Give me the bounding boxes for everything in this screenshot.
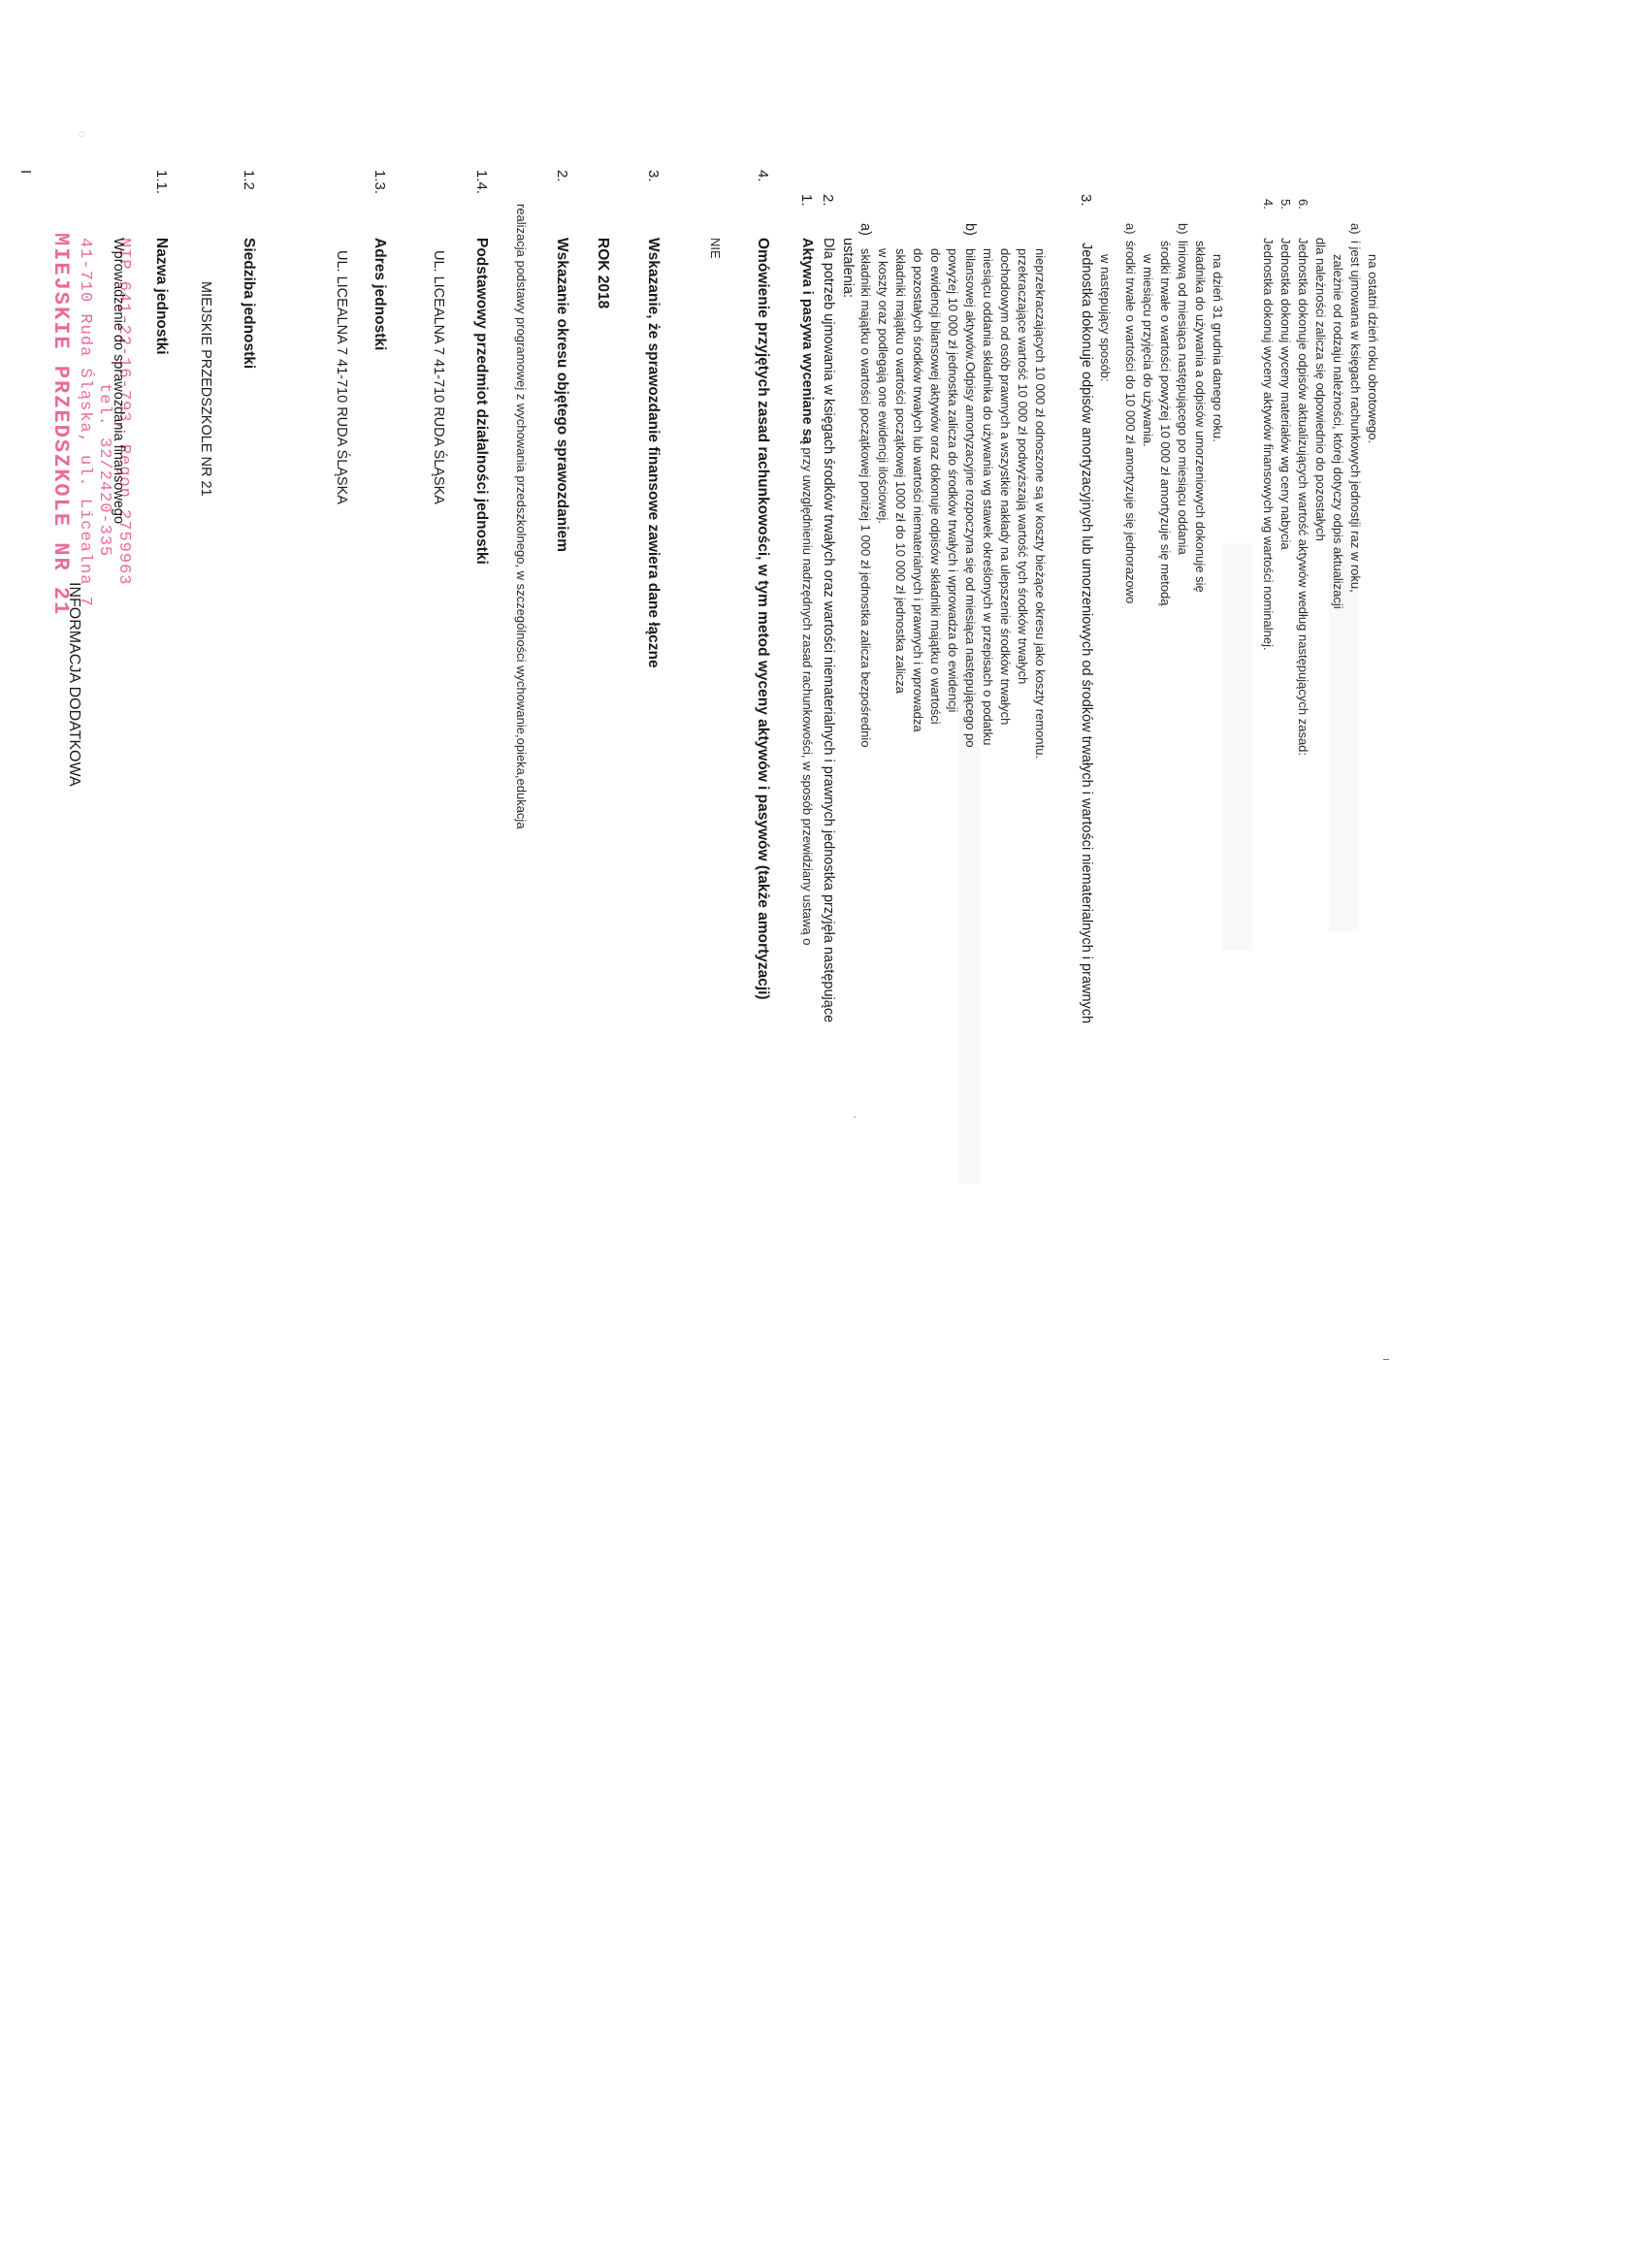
item-2-b-line: nieprzekraczających 10 000 zł odnoszone … xyxy=(1033,248,1048,759)
item-2-line-2: ustalenia: xyxy=(840,238,856,298)
combined-data-value: NIE xyxy=(708,238,723,259)
item-2-a-line: składniki majątku o wartości początkowej… xyxy=(893,248,908,694)
document-page: ◌ I MIEJSKIE PRZEDSZKOLE NR 21 41-710 Ru… xyxy=(0,0,1649,2268)
item-3-b-line: składnika do używania a odpisów umorzeni… xyxy=(1193,241,1208,593)
item-3-a-label: a) xyxy=(1123,223,1138,235)
item-2-a-line: składniki majątku o wartości początkowej… xyxy=(858,248,873,748)
section-number: 2. xyxy=(554,170,570,182)
item-3-a-line: środki trwałe o wartości powyżej 10 000 … xyxy=(1158,241,1173,605)
item-3-b-line: na dzień 31 grudnia danego roku. xyxy=(1211,254,1225,442)
item-number: 6. xyxy=(1296,199,1310,210)
section-number: 1.4. xyxy=(473,170,490,194)
item-2-b-label: b) xyxy=(962,223,978,236)
item-3-b-label: b) xyxy=(1176,223,1190,235)
item-5-text: Jednostka dokonuj wyceny materiałów wg c… xyxy=(1278,238,1293,550)
section-number: 1.1. xyxy=(153,170,170,194)
item-number: 1. xyxy=(798,194,815,207)
item-6-line: dla należności zalicza się odpowiednio d… xyxy=(1313,238,1328,541)
section-4-heading: Omówienie przyjętych zasad rachunkowości… xyxy=(754,238,771,1000)
address-value: UL. LICEALNA 7 41-710 RUDA ŚLĄSKA xyxy=(431,250,446,504)
section-2-heading: Wskazanie okresu objętego sprawozdaniem xyxy=(553,238,570,552)
item-3-a-line: w miesiącu przyjęcia do używania. xyxy=(1141,254,1155,447)
roman-section-number: I xyxy=(17,170,34,174)
section-number: 1.3. xyxy=(372,170,388,194)
item-2-a-line: do pozostałych środków trwałych lub wart… xyxy=(911,248,925,732)
item-6-line-1: Jednostka dokonuje odpisów aktualizujący… xyxy=(1296,238,1310,756)
item-number: 4. xyxy=(1261,199,1276,210)
section-1-3-heading: Adres jednostki xyxy=(371,238,388,350)
section-1-4-heading: Podstawowy przedmiot działalności jednos… xyxy=(472,238,490,565)
item-2-b-line: dochodowym od osób prawnych a wszystkie … xyxy=(998,248,1013,725)
item-3-a-line: środki trwałe o wartości do 10 000 zł am… xyxy=(1123,241,1138,603)
item-2-line-1: Dla potrzeb ujmowania w księgach środków… xyxy=(821,238,836,1022)
stamp-line-1: MIEJSKIE PRZEDSZKOLE NR 21 xyxy=(48,233,73,616)
scan-speck: , xyxy=(852,1116,863,1118)
item-6-line: zależnie od rodzaju należności, której d… xyxy=(1331,254,1345,609)
item-6-a-label: a) xyxy=(1348,223,1363,235)
item-2-b-line: miesiącu oddania składnika do używania w… xyxy=(981,248,995,745)
item-3-line-2: w następujący sposób: xyxy=(1098,254,1113,382)
item-2-b-line: przekraczające wartość 10 000 zł podwyżs… xyxy=(1016,248,1030,684)
item-3-line-1: Jednostka dokonuje odpisów amortyzacyjny… xyxy=(1079,243,1094,1023)
item-4-text: Jednostka dokonuj wyceny aktywów finanso… xyxy=(1261,238,1276,651)
item-2-a-line: do ewidencji bilansowej aktywów oraz dok… xyxy=(928,248,943,725)
section-1-1-heading: Nazwa jednostki xyxy=(152,238,170,355)
scan-mark: ◌ xyxy=(76,131,87,138)
item-6-a-line: na ostatni dzień roku obrotowego. xyxy=(1366,254,1380,443)
unit-name-value: MIEJSKIE PRZEDSZKOLE NR 21 xyxy=(198,281,213,497)
item-1-text: Aktywa i pasywa wyceniane są przy uwzglę… xyxy=(799,238,815,945)
section-number: 3. xyxy=(645,170,662,182)
section-number: 4. xyxy=(755,170,771,182)
section-1-2-heading: Siedziba jednostki xyxy=(240,238,257,369)
section-number: 1.2 xyxy=(241,170,257,190)
item-6-a-line: i jest ujmowana w księgach rachunkowych … xyxy=(1348,241,1363,593)
item-2-a-line: powyżej 10 000 zł jednostka zalicza do ś… xyxy=(946,248,960,712)
item-2-a-line: w koszty oraz podlegają one ewidencji il… xyxy=(876,248,890,524)
stamp-line-2: 41-710 Ruda Śląska, ul. Licealna 7 xyxy=(76,238,94,607)
activity-value: realizacja podstawy programowej z wychow… xyxy=(514,204,529,829)
item-1-rest: przy uwzględnieniu nadrzędnych zasad rac… xyxy=(800,444,815,946)
seat-value: UL. LICEALNA 7 41-710 RUDA ŚLĄSKA xyxy=(334,250,349,504)
document-title: INFORMACJA DODATKOWA xyxy=(65,582,82,787)
item-number: 5. xyxy=(1278,199,1293,210)
item-2-b-line: bilansowej aktywów.Odpisy amortyzacyjne … xyxy=(963,248,978,748)
scan-speck: ı xyxy=(1380,1358,1392,1361)
period-value: ROK 2018 xyxy=(594,238,611,308)
scan-artifact xyxy=(1222,543,1251,951)
item-number: 3. xyxy=(1078,194,1094,207)
intro-heading: Wprowadzenie do sprawozdania finansowego xyxy=(111,238,126,524)
item-1-bold: Aktywa i pasywa wyceniane są xyxy=(799,238,815,444)
item-number: 2. xyxy=(820,194,836,207)
section-3-heading: Wskazanie, że sprawozdanie finansowe zaw… xyxy=(644,238,662,668)
item-3-b-line: liniową od miesiąca następującego po mie… xyxy=(1176,241,1190,555)
item-2-a-label: a) xyxy=(857,223,873,236)
